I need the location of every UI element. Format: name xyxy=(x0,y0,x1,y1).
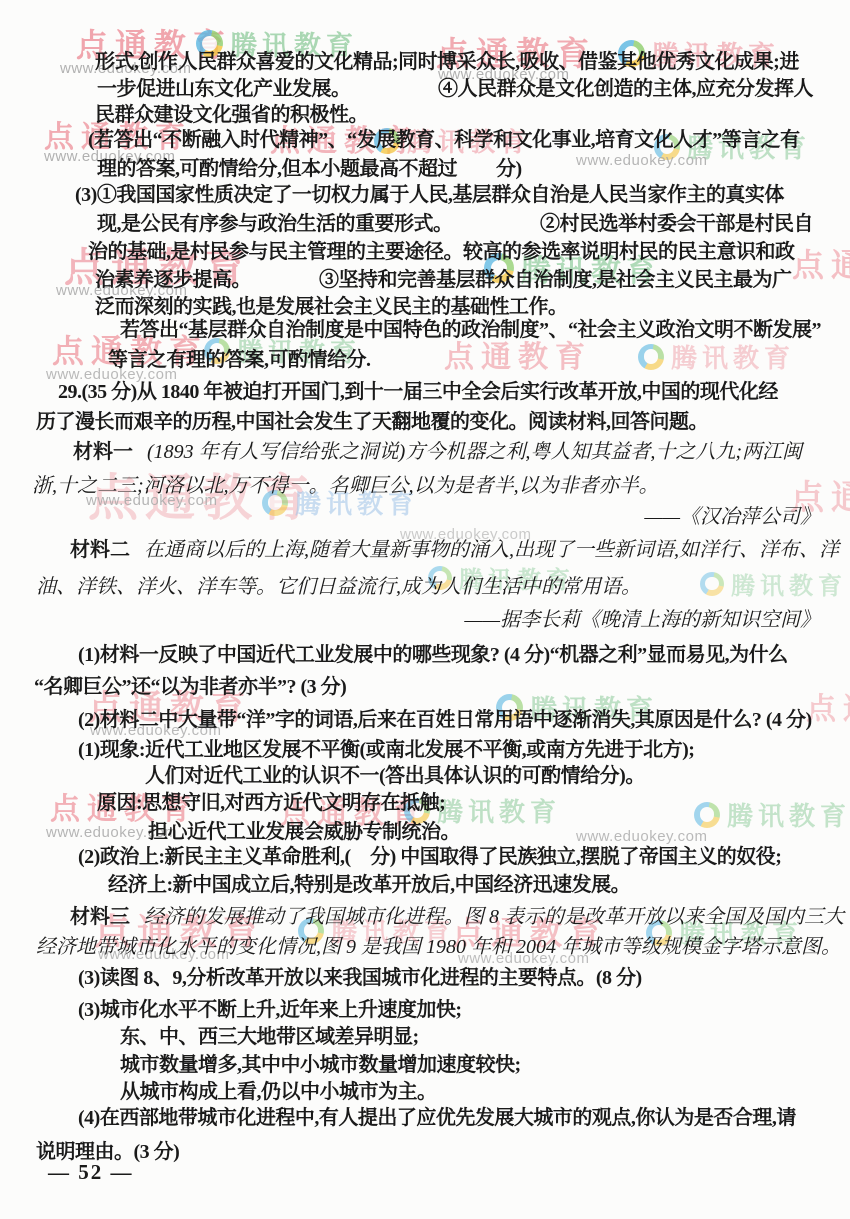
tencent-watermark-text: 腾讯教育 xyxy=(731,566,847,601)
diantong-education-watermark: 点通教育 xyxy=(806,684,850,728)
text-line: 理的答案,可酌情给分,但本小题最高不超过 分) xyxy=(97,157,522,181)
text-line: 29.(35 分)从 1840 年被迫打开国门,到十一届三中全会后实行改革开放,… xyxy=(58,380,778,404)
page-number: — 52 — xyxy=(48,1160,134,1185)
text-line: 等言之有理的答案,可酌情给分. xyxy=(108,348,371,372)
text-line: ——《汉冶萍公司》 xyxy=(644,505,820,529)
tencent-logo-icon xyxy=(700,572,724,596)
text-line: 从城市构成上看,仍以中小城市为主。 xyxy=(120,1080,437,1104)
tencent-logo-icon xyxy=(638,344,664,370)
diantong-education-watermark: 点通教育 xyxy=(792,240,850,286)
text-line: 东、中、西三大地带区域差异明显; xyxy=(120,1025,419,1049)
text-line: (若答出“不断融入时代精神”、“发展教育、科学和文化事业,培育文化人才”等言之有 xyxy=(88,128,800,152)
material-label: 材料二 xyxy=(70,539,130,561)
text-line: 人们对近代工业的认识不一(答出具体认识的可酌情给分)。 xyxy=(145,764,645,788)
material-label: 材料一 xyxy=(73,441,133,463)
text-line: (4)在西部地带城市化进程中,有人提出了应优先发展大城市的观点,你认为是否合理,… xyxy=(78,1106,796,1130)
text-line: 形式,创作人民群众喜爱的文化精品;同时博采众长,吸收、借鉴其他优秀文化成果;进 xyxy=(95,50,799,74)
text-line: 经济上:新中国成立后,特别是改革开放后,中国经济迅速发展。 xyxy=(108,873,630,897)
text-line: 原因:思想守旧,对西方近代文明存在抵触; xyxy=(97,791,445,815)
text-line: (3)①我国国家性质决定了一切权力属于人民,基层群众自治是人民当家作主的真实体 xyxy=(75,183,784,207)
text-line: 治的基础,是村民参与民主管理的主要途径。较高的参选率说明村民的民主意识和政 xyxy=(88,240,795,264)
material-text: (1893 年有人写信给张之洞说)方今机器之利,粤人知其益者,十之八九;两江闽 xyxy=(147,441,802,463)
tencent-education-watermark: 腾讯教育 xyxy=(700,566,847,601)
text-line: 材料二在通商以后的上海,随着大量新事物的涌入,出现了一些新词语,如洋行、洋布、洋 xyxy=(70,538,839,562)
text-line: 材料一(1893 年有人写信给张之洞说)方今机器之利,粤人知其益者,十之八九;两… xyxy=(73,440,802,464)
text-line: (2)材料二中大量带“洋”字的词语,后来在百姓日常用语中逐渐消失,其原因是什么?… xyxy=(78,708,812,732)
text-line: 油、洋铁、洋火、洋车等。它们日益流行,成为人们生活中的常用语。 xyxy=(36,575,641,599)
tencent-watermark-text: 腾讯教育 xyxy=(671,338,795,375)
tencent-logo-icon xyxy=(694,802,720,828)
text-line: ——据李长莉《晚清上海的新知识空间》 xyxy=(464,608,820,632)
text-line: 民群众建设文化强省的积极性。 xyxy=(95,103,368,127)
text-line: 一步促进山东文化产业发展。 ④人民群众是文化创造的主体,应充分发挥人 xyxy=(97,77,813,101)
text-line: (1)材料一反映了中国近代工业发展中的哪些现象? (4 分)“机器之利”显而易见… xyxy=(78,643,788,667)
text-line: 若答出“基层群众自治制度是中国特色的政治制度”、“社会主义政治文明不断发展” xyxy=(120,318,821,342)
text-line: 治素养逐步提高。 ③坚持和完善基层群众自治制度,是社会主义民主最为广 xyxy=(95,268,792,292)
tencent-watermark-text: 腾讯教育 xyxy=(727,796,850,833)
text-line: 泛而深刻的实践,也是发展社会主义民主的基础性工作。 xyxy=(95,295,568,319)
text-line: (2)政治上:新民主主义革命胜利,( 分) 中国取得了民族独立,摆脱了帝国主义的… xyxy=(78,845,781,869)
text-line: “名卿巨公”还“以为非者亦半”? (3 分) xyxy=(34,675,346,699)
text-line: (1)现象:近代工业地区发展不平衡(或南北发展不平衡,或南方先进于北方); xyxy=(78,738,694,762)
text-line: 浙,十之二三;河洛以北,万不得一。名卿巨公,以为是者半,以为非者亦半。 xyxy=(32,474,659,498)
material-text: 经济的发展推动了我国城市化进程。图 8 表示的是改革开放以来全国及国内三大 xyxy=(144,906,844,928)
material-label: 材料三 xyxy=(70,906,130,928)
text-line: (3)读图 8、9,分析改革开放以来我国城市化进程的主要特点。(8 分) xyxy=(78,966,642,990)
text-line: 材料三经济的发展推动了我国城市化进程。图 8 表示的是改革开放以来全国及国内三大 xyxy=(70,905,844,929)
text-line: 历了漫长而艰辛的历程,中国社会发生了天翻地覆的变化。阅读材料,回答问题。 xyxy=(36,410,708,434)
eduokey-url-watermark: www.eduokey.com xyxy=(576,828,707,845)
text-line: 经济地带城市化水平的变化情况,图 9 是我国 1980 年和 2004 年城市等… xyxy=(36,935,841,959)
text-line: 现,是公民有序参与政治生活的重要形式。 ②村民选举村委会干部是村民自 xyxy=(97,212,813,236)
document-page: 点通教育腾讯教育点通教育腾讯教育www.eduokey.comwww.eduok… xyxy=(0,0,850,1219)
tencent-education-watermark: 腾讯教育 xyxy=(638,338,795,375)
text-line: (3)城市化水平不断上升,近年来上升速度加快; xyxy=(78,998,461,1022)
text-line: 担心近代工业发展会威胁专制统治。 xyxy=(148,820,460,844)
tencent-education-watermark: 腾讯教育 xyxy=(694,796,850,833)
eduokey-url-watermark: www.eduokey.com xyxy=(576,152,707,169)
text-line: 城市数量增多,其中中小城市数量增加速度较快; xyxy=(120,1053,521,1077)
material-text: 在通商以后的上海,随着大量新事物的涌入,出现了一些新词语,如洋行、洋布、洋 xyxy=(144,539,839,561)
